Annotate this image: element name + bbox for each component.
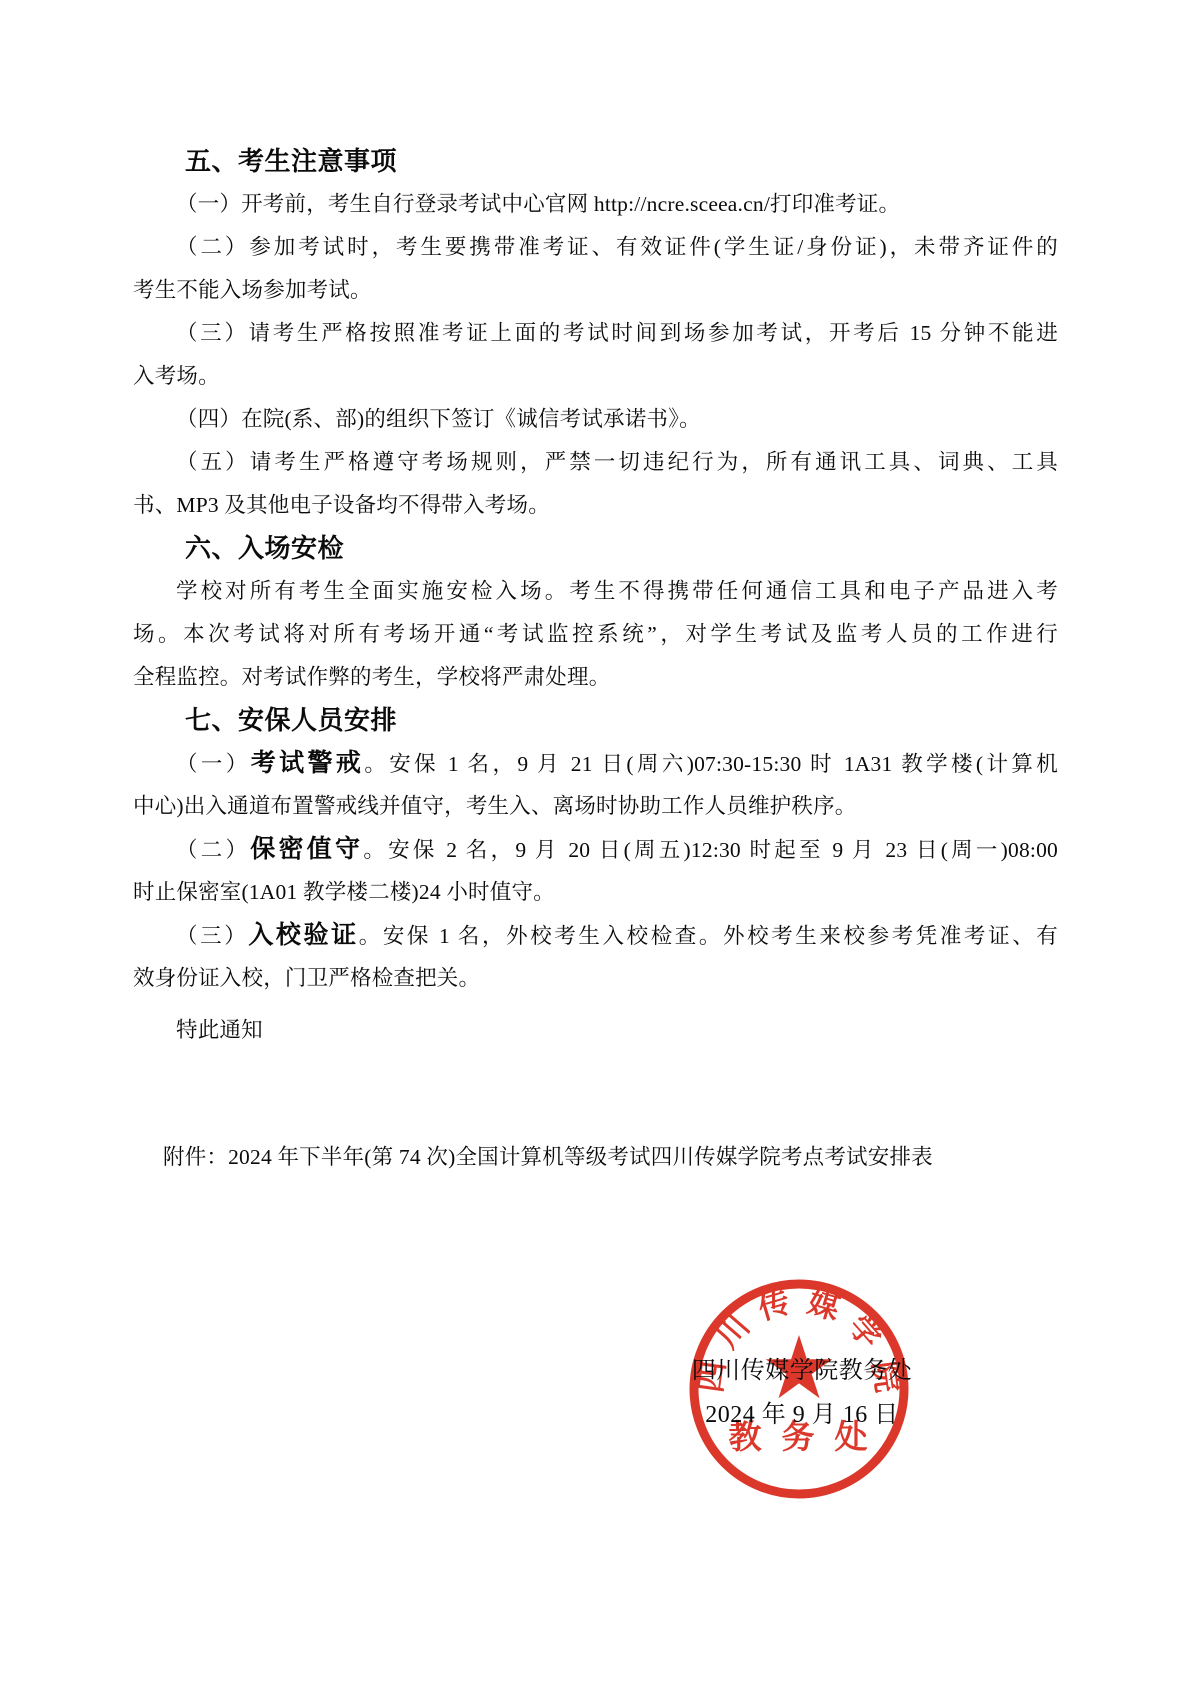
item-text: 。安保 2 名，9 月 20 日(周五)12:30 时起至 9 月 23 日(周… — [363, 838, 1058, 862]
seal-char: 学 — [842, 1308, 889, 1354]
item-number: （三） — [176, 924, 248, 948]
notice-line: （一）考试警戒。安保 1 名，9 月 21 日(周六)07:30-15:30 时… — [133, 742, 1058, 785]
attachment-note: 附件：2024 年下半年(第 74 次)全国计算机等级考试四川传媒学院考点考试安… — [133, 1136, 1058, 1179]
notice-line: 全程监控。对考试作弊的考生，学校将严肃处理。 — [133, 656, 1058, 699]
notice-line: 入考场。 — [133, 355, 1058, 398]
notice-line: （三）请考生严格按照准考证上面的考试时间到场参加考试，开考后 15 分钟不能进 — [133, 312, 1058, 355]
seal-char: 川 — [710, 1308, 757, 1354]
seal-char: 媒 — [804, 1284, 844, 1326]
notice-line: （二）参加考试时，考生要携带准考证、有效证件(学生证/身份证)，未带齐证件的 — [133, 226, 1058, 269]
section-heading-5: 五、考生注意事项 — [133, 140, 1058, 183]
section-heading-6: 六、入场安检 — [133, 527, 1058, 570]
item-text: 。安保 1 名，9 月 21 日(周六)07:30-15:30 时 1A31 教… — [364, 752, 1058, 776]
notice-line: 学校对所有考生全面实施安检入场。考生不得携带任何通信工具和电子产品进入考 — [133, 570, 1058, 613]
notice-line: （三）入校验证。安保 1 名，外校考生入校检查。外校考生来校参考凭准考证、有 — [133, 914, 1058, 957]
item-term: 考试警戒 — [251, 749, 365, 777]
notice-line: （二）保密值守。安保 2 名，9 月 20 日(周五)12:30 时起至 9 月… — [133, 828, 1058, 871]
signature-date: 2024 年 9 月 16 日 — [608, 1396, 996, 1434]
notice-line: 书、MP3 及其他电子设备均不得带入考场。 — [133, 484, 1058, 527]
notice-line: 中心)出入通道布置警戒线并值守，考生入、离场时协助工作人员维护秩序。 — [133, 785, 1058, 828]
item-text: 。安保 1 名，外校考生入校检查。外校考生来校参考凭准考证、有 — [359, 924, 1058, 948]
item-term: 保密值守 — [250, 835, 363, 863]
closing-note: 特此通知 — [133, 1009, 1058, 1052]
signature-org: 四川传媒学院教务处 — [608, 1352, 996, 1390]
notice-line: 考生不能入场参加考试。 — [133, 269, 1058, 312]
notice-line: 时止保密室(1A01 教学楼二楼)24 小时值守。 — [133, 871, 1058, 914]
notice-line: （一）开考前，考生自行登录考试中心官网 http://ncre.sceea.cn… — [133, 183, 1058, 226]
item-number: （一） — [176, 752, 251, 776]
document-body: 五、考生注意事项 （一）开考前，考生自行登录考试中心官网 http://ncre… — [0, 0, 1191, 1179]
seal-char: 传 — [754, 1284, 794, 1326]
notice-line: （四）在院(系、部)的组织下签订《诚信考试承诺书》。 — [133, 398, 1058, 441]
notice-line: 效身份证入校，门卫严格检查把关。 — [133, 957, 1058, 1000]
item-term: 入校验证 — [248, 921, 358, 949]
section-heading-7: 七、安保人员安排 — [133, 699, 1058, 742]
notice-line: 场。本次考试将对所有考场开通“考试监控系统”，对学生考试及监考人员的工作进行 — [133, 613, 1058, 656]
item-number: （二） — [176, 838, 250, 862]
notice-line: （五）请考生严格遵守考场规则，严禁一切违纪行为，所有通讯工具、词典、工具 — [133, 441, 1058, 484]
notice-document-page: 五、考生注意事项 （一）开考前，考生自行登录考试中心官网 http://ncre… — [0, 0, 1191, 1684]
